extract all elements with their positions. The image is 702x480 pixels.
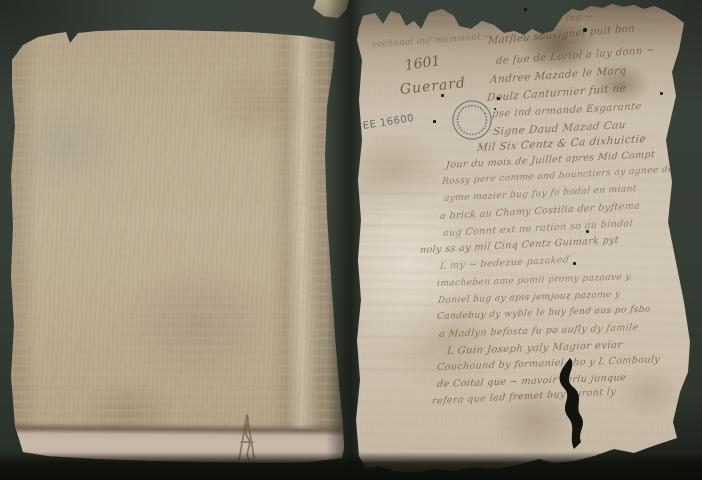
manuscript-scan-canvas: Regde de ~ fug ~cachoual auf mummont —Ma… (0, 0, 702, 480)
wormhole-dot (441, 94, 444, 97)
wormhole-dot (583, 28, 587, 32)
table-surface-shadow (0, 452, 702, 480)
wormhole-dot (494, 108, 496, 110)
wormhole-dot (524, 8, 527, 11)
bleedthrough-texture (8, 24, 348, 466)
wormhole-dot (573, 262, 576, 265)
paper-tear (552, 352, 604, 456)
wormhole-dot (433, 120, 436, 123)
wormhole-dot (497, 97, 500, 100)
faded-margin-writing (355, 150, 435, 370)
wormhole-dot (586, 230, 589, 233)
wormhole-dot (660, 92, 663, 95)
left-parchment-page (8, 24, 348, 466)
